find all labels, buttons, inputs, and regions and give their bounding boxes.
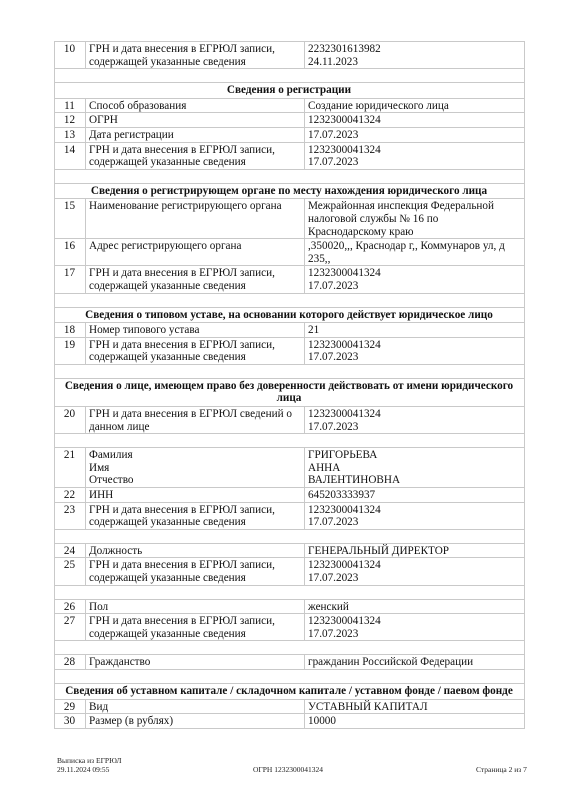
egrul-table-body: 10ГРН и дата внесения в ЕГРЮЛ записи, со… [55, 42, 525, 729]
field-label: ГРН и дата внесения в ЕГРЮЛ сведений о д… [86, 407, 305, 434]
row-number: 26 [55, 599, 86, 614]
separator-row [55, 669, 525, 683]
table-row: 29ВидУСТАВНЫЙ КАПИТАЛ [55, 699, 525, 714]
document-page: 10ГРН и дата внесения в ЕГРЮЛ записи, со… [0, 0, 565, 800]
field-label: ИНН [86, 488, 305, 503]
footer-ogrn: ОГРН 1232300041324 [253, 766, 323, 775]
field-value: гражданин Российской Федерации [305, 655, 525, 670]
row-number: 30 [55, 714, 86, 729]
field-label: ГРН и дата внесения в ЕГРЮЛ записи, соде… [86, 337, 305, 364]
table-row: 17ГРН и дата внесения в ЕГРЮЛ записи, со… [55, 266, 525, 293]
row-number: 16 [55, 239, 86, 266]
field-value: 1232300041324 [305, 113, 525, 128]
section-heading: Сведения о регистрирующем органе по мест… [55, 183, 525, 199]
separator-cell [55, 434, 525, 448]
separator-cell [55, 293, 525, 307]
table-row: 18Номер типового устава21 [55, 323, 525, 338]
section-heading-row: Сведения о регистрации [55, 83, 525, 99]
table-row: 13Дата регистрации17.07.2023 [55, 127, 525, 142]
row-number: 24 [55, 543, 86, 558]
table-row: 30Размер (в рублях)10000 [55, 714, 525, 729]
field-value: 1232300041324 17.07.2023 [305, 407, 525, 434]
table-row: 23ГРН и дата внесения в ЕГРЮЛ записи, со… [55, 502, 525, 529]
footer-page-number: Страница 2 из 7 [476, 766, 527, 775]
section-heading-row: Сведения о лице, имеющем право без довер… [55, 378, 525, 406]
table-row: 10ГРН и дата внесения в ЕГРЮЛ записи, со… [55, 42, 525, 69]
row-number: 20 [55, 407, 86, 434]
field-value: УСТАВНЫЙ КАПИТАЛ [305, 699, 525, 714]
row-number: 15 [55, 199, 86, 239]
table-row: 11Способ образованияСоздание юридическог… [55, 98, 525, 113]
field-label: Наименование регистрирующего органа [86, 199, 305, 239]
field-value: 645203333937 [305, 488, 525, 503]
table-row: 12ОГРН1232300041324 [55, 113, 525, 128]
table-row: 16Адрес регистрирующего органа,350020,,,… [55, 239, 525, 266]
field-value: ,350020,,, Краснодар г,, Коммунаров ул, … [305, 239, 525, 266]
table-row: 15Наименование регистрирующего органаМеж… [55, 199, 525, 239]
section-heading: Сведения о лице, имеющем право без довер… [55, 378, 525, 406]
field-label: Вид [86, 699, 305, 714]
field-label: Адрес регистрирующего органа [86, 239, 305, 266]
field-value: ГРИГОРЬЕВА АННА ВАЛЕНТИНОВНА [305, 448, 525, 488]
field-label: ГРН и дата внесения в ЕГРЮЛ записи, соде… [86, 266, 305, 293]
table-row: 20ГРН и дата внесения в ЕГРЮЛ сведений о… [55, 407, 525, 434]
table-row: 28Гражданствогражданин Российской Федера… [55, 655, 525, 670]
separator-row [55, 69, 525, 83]
field-label: Гражданство [86, 655, 305, 670]
section-heading-row: Сведения о типовом уставе, на основании … [55, 307, 525, 323]
field-value: Создание юридического лица [305, 98, 525, 113]
row-number: 13 [55, 127, 86, 142]
separator-cell [55, 669, 525, 683]
separator-row [55, 434, 525, 448]
row-number: 21 [55, 448, 86, 488]
field-label: Размер (в рублях) [86, 714, 305, 729]
row-number: 27 [55, 614, 86, 641]
table-row: 19ГРН и дата внесения в ЕГРЮЛ записи, со… [55, 337, 525, 364]
field-value: ГЕНЕРАЛЬНЫЙ ДИРЕКТОР [305, 543, 525, 558]
field-value: 10000 [305, 714, 525, 729]
section-heading: Сведения о типовом уставе, на основании … [55, 307, 525, 323]
field-value: 17.07.2023 [305, 127, 525, 142]
row-number: 28 [55, 655, 86, 670]
table-row: 22ИНН645203333937 [55, 488, 525, 503]
row-number: 18 [55, 323, 86, 338]
field-value: женский [305, 599, 525, 614]
separator-cell [55, 529, 525, 543]
section-heading-row: Сведения о регистрирующем органе по мест… [55, 183, 525, 199]
separator-row [55, 364, 525, 378]
section-heading: Сведения о регистрации [55, 83, 525, 99]
section-heading-row: Сведения об уставном капитале / складочн… [55, 683, 525, 699]
field-value: 1232300041324 17.07.2023 [305, 558, 525, 585]
egrul-extract-table: 10ГРН и дата внесения в ЕГРЮЛ записи, со… [54, 41, 525, 729]
field-label: Способ образования [86, 98, 305, 113]
row-number: 11 [55, 98, 86, 113]
separator-cell [55, 69, 525, 83]
field-value: 1232300041324 17.07.2023 [305, 266, 525, 293]
field-label: ГРН и дата внесения в ЕГРЮЛ записи, соде… [86, 142, 305, 169]
field-value: 1232300041324 17.07.2023 [305, 142, 525, 169]
row-number: 12 [55, 113, 86, 128]
field-label: Фамилия Имя Отчество [86, 448, 305, 488]
separator-cell [55, 169, 525, 183]
field-label: Дата регистрации [86, 127, 305, 142]
field-label: ОГРН [86, 113, 305, 128]
row-number: 17 [55, 266, 86, 293]
table-row: 25ГРН и дата внесения в ЕГРЮЛ записи, со… [55, 558, 525, 585]
table-row: 27ГРН и дата внесения в ЕГРЮЛ записи, со… [55, 614, 525, 641]
table-row: 21Фамилия Имя ОтчествоГРИГОРЬЕВА АННА ВА… [55, 448, 525, 488]
field-value: 1232300041324 17.07.2023 [305, 337, 525, 364]
field-label: ГРН и дата внесения в ЕГРЮЛ записи, соде… [86, 614, 305, 641]
row-number: 19 [55, 337, 86, 364]
row-number: 22 [55, 488, 86, 503]
row-number: 25 [55, 558, 86, 585]
field-value: 1232300041324 17.07.2023 [305, 502, 525, 529]
row-number: 14 [55, 142, 86, 169]
field-label: ГРН и дата внесения в ЕГРЮЛ записи, соде… [86, 558, 305, 585]
field-label: ГРН и дата внесения в ЕГРЮЛ записи, соде… [86, 502, 305, 529]
separator-row [55, 293, 525, 307]
separator-cell [55, 585, 525, 599]
row-number: 23 [55, 502, 86, 529]
row-number: 29 [55, 699, 86, 714]
separator-row [55, 169, 525, 183]
separator-row [55, 585, 525, 599]
table-row: 14ГРН и дата внесения в ЕГРЮЛ записи, со… [55, 142, 525, 169]
field-value: Межрайонная инспекция Федеральной налого… [305, 199, 525, 239]
separator-cell [55, 364, 525, 378]
separator-cell [55, 641, 525, 655]
field-label: Пол [86, 599, 305, 614]
field-value: 2232301613982 24.11.2023 [305, 42, 525, 69]
field-label: Номер типового устава [86, 323, 305, 338]
field-label: Должность [86, 543, 305, 558]
field-label: ГРН и дата внесения в ЕГРЮЛ записи, соде… [86, 42, 305, 69]
separator-row [55, 529, 525, 543]
field-value: 1232300041324 17.07.2023 [305, 614, 525, 641]
field-value: 21 [305, 323, 525, 338]
separator-row [55, 641, 525, 655]
row-number: 10 [55, 42, 86, 69]
table-row: 24ДолжностьГЕНЕРАЛЬНЫЙ ДИРЕКТОР [55, 543, 525, 558]
section-heading: Сведения об уставном капитале / складочн… [55, 683, 525, 699]
footer-extract-info: Выписка из ЕГРЮЛ 29.11.2024 09:55 [57, 757, 122, 774]
table-row: 26Полженский [55, 599, 525, 614]
